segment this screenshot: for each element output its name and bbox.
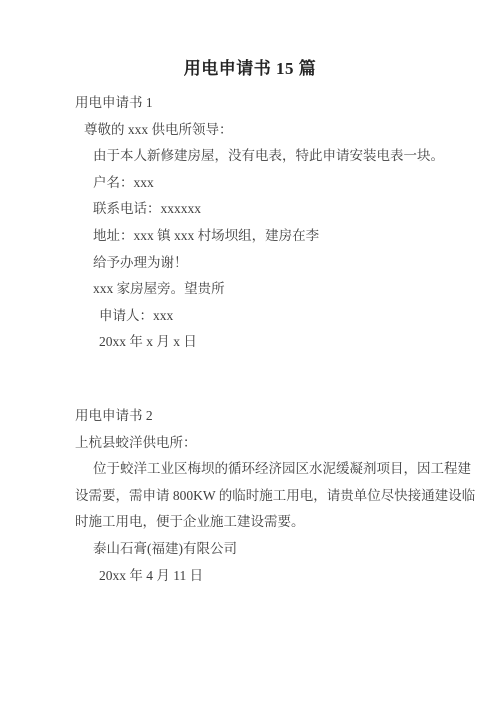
letter-2-heading: 用电申请书 2 xyxy=(0,403,500,430)
letter-1-body-line: 由于本人新修建房屋，没有电表，特此申请安装电表一块。 xyxy=(0,143,500,170)
letter-2-body-line-3: 时施工用电，便于企业施工建设需要。 xyxy=(0,509,500,536)
letter-1-account-name-line: 户名：xxx xyxy=(0,170,500,197)
letter-2-body-line-2: 设需要，需申请 800KW 的临时施工用电，请贵单位尽快接通建设临 xyxy=(0,483,500,510)
letter-section-2: 用电申请书 2 上杭县蛟洋供电所： 位于蛟洋工业区梅坝的循环经济园区水泥缓凝剂项… xyxy=(0,403,500,589)
document-page: 用电申请书 15 篇 用电申请书 1 尊敬的 xxx 供电所领导： 由于本人新修… xyxy=(0,0,500,589)
letter-1-salutation: 尊敬的 xxx 供电所领导： xyxy=(0,117,500,144)
letter-section-1: 用电申请书 1 尊敬的 xxx 供电所领导： 由于本人新修建房屋，没有电表，特此… xyxy=(0,90,500,356)
letter-2-body-line-1: 位于蛟洋工业区梅坝的循环经济园区水泥缓凝剂项目，因工程建 xyxy=(0,456,500,483)
letter-1-continuation-line: xxx 家房屋旁。望贵所 xyxy=(0,276,500,303)
letter-1-address-line: 地址：xxx 镇 xxx 村场坝组，建房在李 xyxy=(0,223,500,250)
letter-1-date-line: 20xx 年 x 月 x 日 xyxy=(0,329,500,356)
letter-2-date-line: 20xx 年 4 月 11 日 xyxy=(0,563,500,590)
letter-1-applicant-line: 申请人：xxx xyxy=(0,303,500,330)
letter-2-salutation: 上杭县蛟洋供电所： xyxy=(0,430,500,457)
document-title: 用电申请书 15 篇 xyxy=(0,56,500,82)
letter-1-phone-line: 联系电话：xxxxxx xyxy=(0,196,500,223)
letter-1-heading: 用电申请书 1 xyxy=(0,90,500,117)
letter-2-company-line: 泰山石膏(福建)有限公司 xyxy=(0,536,500,563)
letter-1-thanks-line: 给予办理为谢！ xyxy=(0,250,500,277)
